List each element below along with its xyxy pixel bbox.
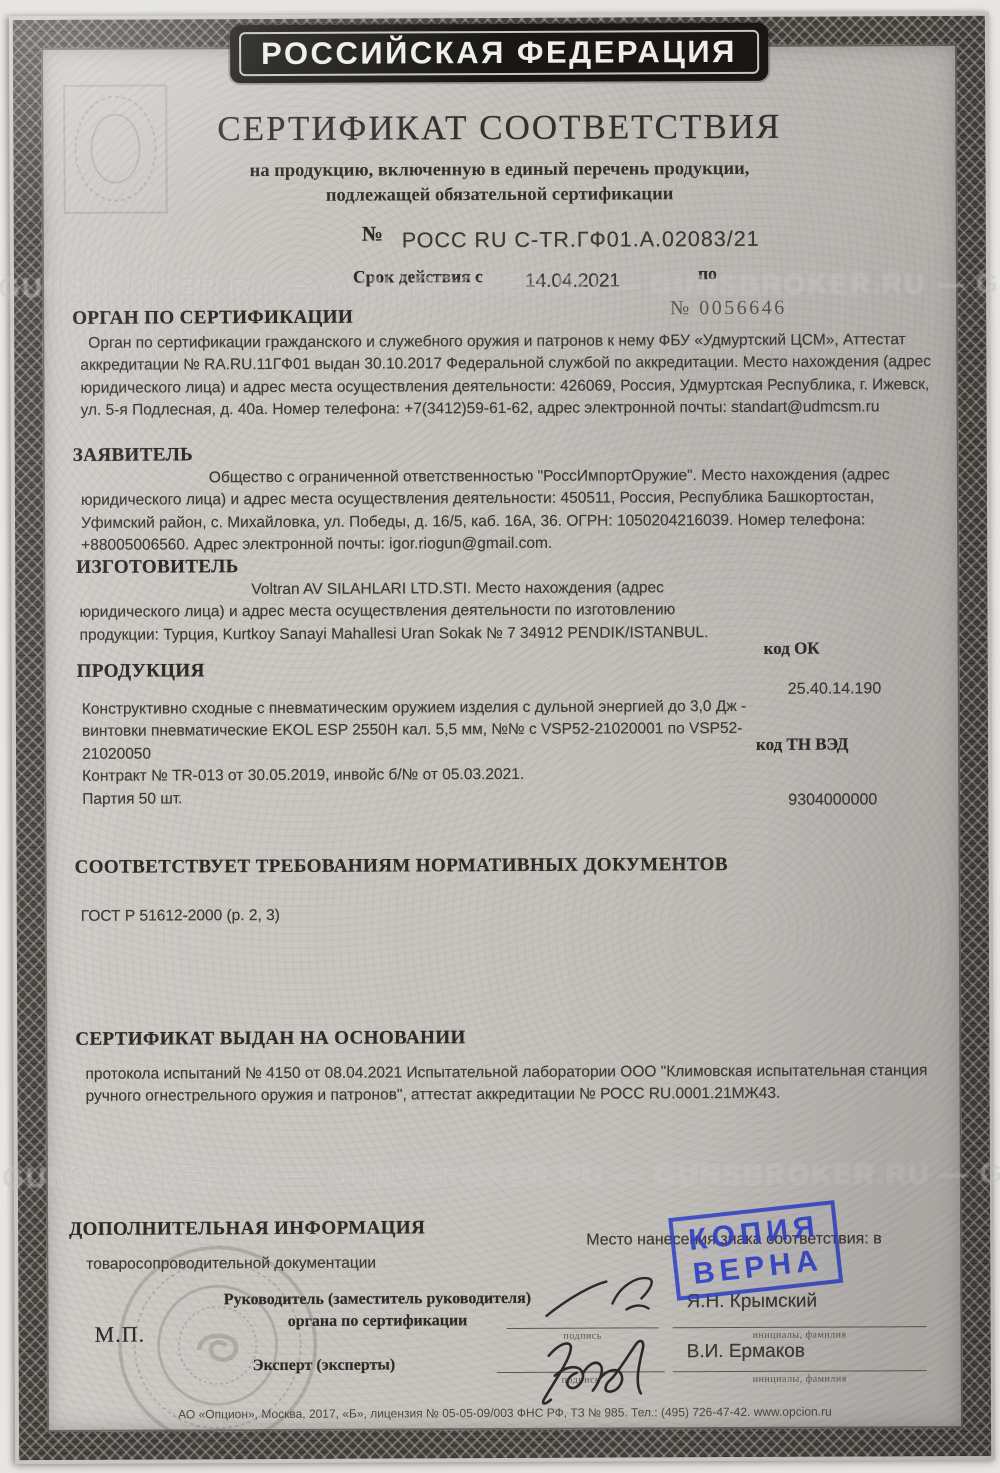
ok-code-value: 25.40.14.190 xyxy=(788,680,881,698)
product-heading: ПРОДУКЦИЯ xyxy=(77,660,205,683)
certificate-page: РОССИЙСКАЯ ФЕДЕРАЦИЯ СЕРТИФИКАТ СООТВЕТС… xyxy=(9,12,995,1464)
validity-from-label: Срок действия с xyxy=(353,266,483,288)
certificate-number: РОСС RU C-TR.ГФ01.А.02083/21 xyxy=(402,227,760,254)
ok-code-label: код ОК xyxy=(764,639,820,659)
blank-number: № 0056646 xyxy=(670,297,787,321)
validity-to-label: по xyxy=(698,263,717,284)
additional-heading: ДОПОЛНИТЕЛЬНАЯ ИНФОРМАЦИЯ xyxy=(69,1217,425,1241)
head-name-caption: инициалы, фамилия xyxy=(673,1329,927,1341)
certification-body-heading: ОРГАН ПО СЕРТИФИКАЦИИ xyxy=(72,307,353,330)
basis-heading: СЕРТИФИКАТ ВЫДАН НА ОСНОВАНИИ xyxy=(75,1027,465,1051)
validity-from-date: 14.04.2021 xyxy=(525,270,620,292)
applicant-text: Общество с ограниченной ответственностью… xyxy=(81,464,939,557)
product-contract: Контракт № TR-013 от 30.05.2019, инвойс … xyxy=(82,763,770,788)
expert-name: В.И. Ермаков xyxy=(687,1341,805,1364)
federation-badge: РОССИЙСКАЯ ФЕДЕРАЦИЯ xyxy=(230,23,768,83)
head-signature xyxy=(542,1271,672,1324)
product-text: Конструктивно сходные с пневматическим о… xyxy=(82,696,770,766)
certification-body-text: Орган по сертификации гражданского и слу… xyxy=(80,329,938,422)
tnved-value: 9304000000 xyxy=(788,791,877,809)
round-seal xyxy=(102,1239,333,1452)
manufacturer-text: Voltran AV SILAHLARI LTD.STI. Место нахо… xyxy=(79,577,741,647)
product-batch: Партия 50 шт. xyxy=(82,786,770,811)
expert-name-caption: инициалы, фамилия xyxy=(673,1373,927,1385)
compliance-heading: СООТВЕТСТВУЕТ ТРЕБОВАНИЯМ НОРМАТИВНЫХ ДО… xyxy=(75,854,755,879)
manufacturer-heading: ИЗГОТОВИТЕЛЬ xyxy=(76,556,239,579)
number-label: № xyxy=(362,222,383,247)
expert-signature xyxy=(533,1335,673,1408)
federation-badge-label: РОССИЙСКАЯ ФЕДЕРАЦИЯ xyxy=(239,30,759,76)
basis-text: протокола испытаний № 4150 от 08.04.2021… xyxy=(85,1060,943,1108)
compliance-text: ГОСТ Р 51612-2000 (р. 2, 3) xyxy=(81,905,280,928)
tnved-label: код ТН ВЭД xyxy=(756,734,848,754)
guilloche-crest xyxy=(60,81,171,216)
applicant-heading: ЗАЯВИТЕЛЬ xyxy=(73,444,193,467)
